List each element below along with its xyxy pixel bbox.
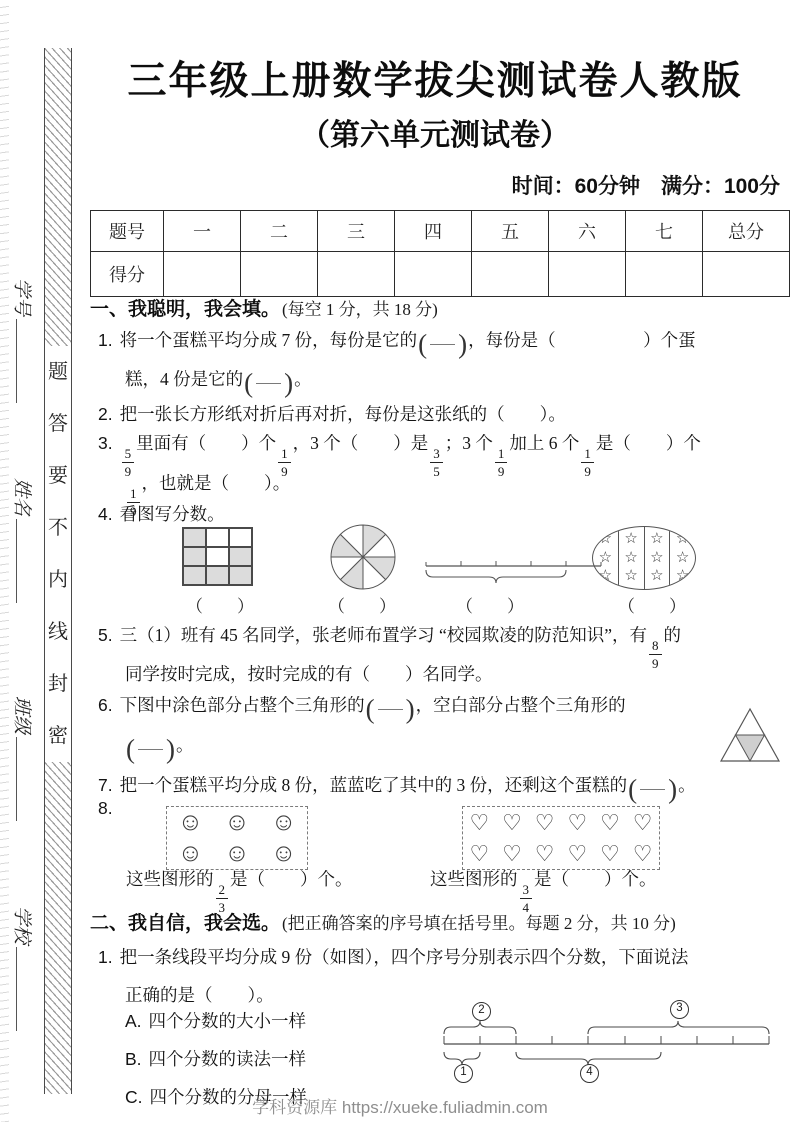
score-table-corner-cell: 题号: [91, 211, 164, 252]
score-cell: [549, 252, 626, 297]
seal-char: 内: [48, 570, 68, 590]
heart-caption: 这些图形的34是（ ）个。: [430, 866, 657, 914]
score-table: 题号 一 二 三 四 五 六 七 总分 得分: [90, 210, 790, 297]
question-2-line: 2.把一张长方形纸对折后再对折，每份是这张纸的（ ）。: [98, 401, 788, 426]
heart-icon: ♡: [600, 843, 620, 865]
grid-cell: [206, 528, 229, 547]
question-4-line: 4.看图写分数。: [98, 501, 788, 526]
fraction-blank-bar: [256, 383, 281, 385]
blank-fraction: (): [126, 736, 175, 763]
seal-char: 线: [48, 622, 68, 642]
heart-icon: ♡: [469, 843, 489, 865]
seal-hatch-bottom: [45, 762, 71, 1094]
star-icon: ☆: [599, 549, 612, 568]
circled-number-2: 2: [472, 1002, 491, 1021]
heart-icon: ♡: [633, 812, 653, 834]
section-2-title: 二、我自信，我会选。: [90, 913, 280, 934]
smiley-box-figure: ☺ ☺ ☺ ☺ ☺ ☺: [166, 806, 308, 870]
star-column: ☆ ☆ ☆: [670, 527, 695, 589]
grid-cell: [206, 547, 229, 566]
fraction-blank-bar: [138, 749, 163, 751]
grid-cell-shaded: [183, 566, 206, 585]
paren-open: (: [366, 696, 375, 723]
student-class-label: 班级: [11, 696, 32, 734]
question-text: 三（1）班有 45 名同学，张老师布置学习 “校园欺凌的防范知识”，有: [120, 625, 647, 645]
page-title: 三年级上册数学拔尖测试卷人教版: [88, 50, 782, 106]
star-icon: ☆: [676, 549, 689, 568]
star-icon: ☆: [599, 530, 612, 549]
question-number: 7.: [98, 775, 113, 795]
score-table-col-3: 三: [318, 211, 395, 252]
score-table-col-5: 五: [472, 211, 549, 252]
score-row-label: 得分: [91, 252, 164, 297]
question-number: 1.: [98, 947, 113, 967]
student-name-label: 姓名: [11, 478, 32, 516]
question-text: ，空白部分占整个三角形的: [416, 695, 626, 715]
student-class-field: 班级: [10, 696, 37, 866]
grid-figure: [182, 527, 253, 586]
paren-open: (: [418, 331, 427, 358]
page-subtitle: （第六单元测试卷）: [88, 110, 782, 154]
fraction-blank-bar: [640, 789, 665, 791]
student-name-blank-line: [16, 519, 21, 603]
section-1-title: 一、我聪明，我会填。: [90, 299, 280, 320]
triangle-figure: [718, 706, 782, 764]
star-icon: ☆: [624, 549, 637, 568]
score-table-col-6: 六: [549, 211, 626, 252]
student-school-label: 学校: [11, 906, 32, 944]
star-icon: ☆: [650, 549, 663, 568]
question-text: 的: [664, 625, 682, 645]
score-table-col-2: 二: [241, 211, 318, 252]
question-text: ，也就是（ ）。: [142, 473, 291, 493]
paren-close: ): [458, 331, 467, 358]
paren-open: (: [244, 370, 253, 397]
question-number: 6.: [98, 695, 113, 715]
smiley-icon: ☺: [271, 810, 297, 835]
section-2-heading: 二、我自信，我会选。(把正确答案的序号填在括号里。每题 2 分，共 10 分): [90, 908, 788, 935]
question-6-line-1: 6.下图中涂色部分占整个三角形的()，空白部分占整个三角形的: [98, 692, 788, 723]
question-number: 2.: [98, 404, 113, 424]
blank-fraction: (): [418, 331, 467, 358]
answer-blank: （ ）: [328, 592, 392, 617]
answer-blank: （ ）: [618, 592, 684, 617]
numberline-figure: [424, 556, 604, 590]
caption-text: 这些图形的: [126, 869, 214, 889]
option-text: 四个分数的大小一样: [149, 1011, 307, 1031]
question-number: 5.: [98, 625, 113, 645]
question-text: 下图中涂色部分占整个三角形的: [120, 695, 365, 715]
circled-number-4: 4: [580, 1064, 599, 1083]
smiley-icon: ☺: [178, 841, 204, 866]
question-text: 正确的是（ ）。: [125, 985, 274, 1005]
score-table-col-7: 七: [626, 211, 703, 252]
fraction-blank-bar: [430, 344, 455, 346]
score-cell: [703, 252, 790, 297]
exam-paper-page: 学号 姓名 班级 学校 题 答 要 不 内 线 封 密 三年级上册数学拔尖测试卷…: [0, 0, 793, 1122]
question-1-line-1: 1.将一个蛋糕平均分成 7 份，每份是它的()，每份是（ ）个蛋: [98, 327, 788, 358]
section-2-note: (把正确答案的序号填在括号里。每题 2 分，共 10 分): [282, 914, 676, 933]
score-table-header-row: 题号 一 二 三 四 五 六 七 总分: [91, 211, 790, 252]
score-table-col-4: 四: [395, 211, 472, 252]
grid-cell-shaded: [229, 566, 252, 585]
grid-cell-shaded: [183, 528, 206, 547]
blank-fraction: (): [244, 370, 293, 397]
heart-icon: ♡: [600, 812, 620, 834]
question-text: ，每份是（ ）个蛋: [468, 330, 696, 350]
heart-icon: ♡: [633, 843, 653, 865]
ellipse-stars-figure: ☆ ☆ ☆ ☆ ☆ ☆ ☆ ☆ ☆ ☆ ☆ ☆: [592, 526, 696, 590]
seal-char: 要: [48, 466, 68, 486]
question-text: 。: [294, 369, 312, 389]
option-label: B.: [125, 1049, 142, 1069]
student-id-label: 学号: [11, 278, 32, 316]
paren-close: ): [166, 736, 175, 763]
score-cell: [626, 252, 703, 297]
seal-char: 封: [48, 674, 68, 694]
heart-icon: ♡: [535, 843, 555, 865]
exam-meta: 时间：60分钟 满分：100分: [88, 170, 780, 200]
paren-open: (: [126, 736, 135, 763]
question-text: 把一张长方形纸对折后再对折，每份是这张纸的（ ）。: [120, 404, 566, 424]
grid-cell: [229, 528, 252, 547]
student-id-field: 学号: [10, 278, 37, 448]
circled-number-1: 1: [454, 1064, 473, 1083]
question-number: 3.: [98, 433, 113, 453]
fraction-blank-bar: [378, 709, 403, 711]
caption-text: 是（ ）个。: [534, 869, 657, 889]
question-text: ；3 个: [445, 433, 493, 453]
grid-cell-shaded: [206, 566, 229, 585]
option-text: 四个分数的读法一样: [149, 1049, 307, 1069]
score-cell: [164, 252, 241, 297]
section-1-note: (每空 1 分，共 18 分): [282, 300, 438, 319]
question-text: 糕，4 份是它的: [125, 369, 243, 389]
student-school-blank-line: [16, 947, 21, 1031]
question-1-line-2: 糕，4 份是它的()。: [98, 366, 793, 397]
heart-icon: ♡: [567, 812, 587, 834]
star-icon: ☆: [676, 530, 689, 549]
score-table-col-1: 一: [164, 211, 241, 252]
smiley-icon: ☺: [224, 841, 250, 866]
answer-blank: （ ）: [186, 592, 250, 617]
smiley-caption: 这些图形的23是（ ）个。: [126, 866, 353, 914]
student-class-blank-line: [16, 737, 21, 821]
question-number: 1.: [98, 330, 113, 350]
heart-icon: ♡: [469, 812, 489, 834]
question-number: 8.: [98, 798, 113, 818]
seal-char: 题: [48, 362, 68, 382]
student-school-field: 学校: [10, 906, 37, 1076]
star-icon: ☆: [650, 567, 663, 586]
smiley-icon: ☺: [178, 810, 204, 835]
score-cell: [318, 252, 395, 297]
star-icon: ☆: [650, 530, 663, 549]
question-6-line-2: ()。: [98, 732, 793, 763]
heart-box-figure: ♡ ♡ ♡ ♡ ♡ ♡ ♡ ♡ ♡ ♡ ♡ ♡: [462, 806, 660, 870]
seal-char: 答: [48, 414, 68, 434]
question-5-line-2: 同学按时完成，按时完成的有（ ）名同学。: [98, 661, 793, 686]
student-id-blank-line: [16, 319, 21, 403]
question-text: 把一个蛋糕平均分成 8 份，蓝蓝吃了其中的 3 份，还剩这个蛋糕的: [120, 775, 628, 795]
score-cell: [241, 252, 318, 297]
question-text: 把一条线段平均分成 9 份（如图），四个序号分别表示四个分数，下面说法: [120, 947, 689, 967]
question-text: 。: [678, 775, 696, 795]
caption-text: 是（ ）个。: [230, 869, 353, 889]
smiley-icon: ☺: [271, 841, 297, 866]
heart-icon: ♡: [502, 812, 522, 834]
heart-icon: ♡: [567, 843, 587, 865]
caption-text: 这些图形的: [430, 869, 518, 889]
option-label: A.: [125, 1011, 142, 1031]
heart-icon: ♡: [535, 812, 555, 834]
score-table-score-row: 得分: [91, 252, 790, 297]
question-text: ，3 个（ ）是: [293, 433, 429, 453]
seal-char: 不: [48, 518, 68, 538]
question-text: 同学按时完成，按时完成的有（ ）名同学。: [125, 664, 493, 684]
s2-question-1-line-1: 1.把一条线段平均分成 9 份（如图），四个序号分别表示四个分数，下面说法: [98, 944, 788, 969]
heart-icon: ♡: [502, 843, 522, 865]
smiley-icon: ☺: [224, 810, 250, 835]
blank-fraction: (): [366, 696, 415, 723]
question-text: 里面有（ ）个: [136, 433, 276, 453]
seal-hatch-top: [45, 48, 71, 346]
grid-cell-shaded: [183, 547, 206, 566]
star-column: ☆ ☆ ☆: [619, 527, 645, 589]
circle-eighths-figure: [330, 524, 396, 590]
paren-close: ): [284, 370, 293, 397]
paren-close: ): [406, 696, 415, 723]
score-cell: [472, 252, 549, 297]
seal-line-strip: 题 答 要 不 内 线 封 密: [44, 48, 72, 1094]
question-text: 加上 6 个: [509, 433, 579, 453]
star-icon: ☆: [624, 530, 637, 549]
section-1-heading: 一、我聪明，我会填。(每空 1 分，共 18 分): [90, 294, 788, 321]
star-icon: ☆: [624, 567, 637, 586]
student-name-field: 姓名: [10, 478, 37, 648]
watermark: 学科资源库 https://xueke.fuliadmin.com: [95, 1093, 705, 1118]
circled-number-3: 3: [670, 1000, 689, 1019]
question-text: 将一个蛋糕平均分成 7 份，每份是它的: [120, 330, 418, 350]
question-text: 。: [176, 735, 194, 755]
score-table-col-total: 总分: [703, 211, 790, 252]
grid-cell-shaded: [229, 547, 252, 566]
star-icon: ☆: [676, 567, 689, 586]
scan-edge-decoration: [0, 0, 9, 1122]
question-text: 是（ ）个: [596, 433, 701, 453]
question-text: 看图写分数。: [120, 504, 225, 524]
star-column: ☆ ☆ ☆: [645, 527, 671, 589]
answer-blank: （ ）: [456, 592, 520, 617]
seal-char: 密: [48, 726, 68, 746]
score-cell: [395, 252, 472, 297]
question-number: 4.: [98, 504, 113, 524]
